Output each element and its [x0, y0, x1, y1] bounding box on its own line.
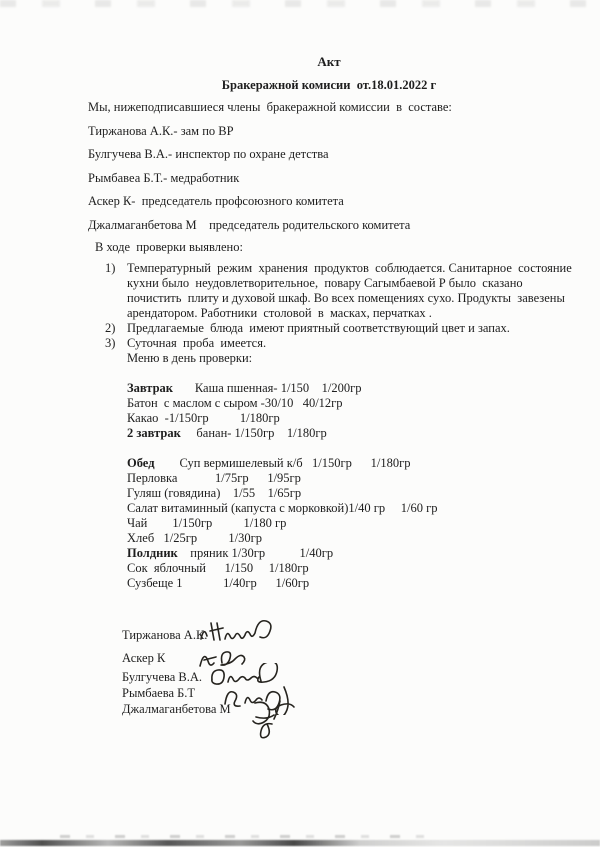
- finding-item-continuation: арендатором. Работники столовой в масках…: [105, 306, 572, 321]
- finding-item-continuation: кухни было неудовлетворительное, повару …: [105, 276, 572, 291]
- menu-line: Обед Суп вермишелевый к/б 1/150гр 1/180г…: [105, 456, 572, 471]
- member-line: Булгучева В.А.- инспектор по охране детс…: [88, 147, 410, 161]
- findings-and-menu: 1)Температурный режим хранения продуктов…: [105, 261, 572, 591]
- scan-noise-top: [0, 0, 600, 7]
- finding-text: Суточная проба имеется.: [127, 336, 266, 351]
- menu-text: Какао -1/150гр 1/180гр: [127, 411, 280, 426]
- menu-line: Сок яблочный 1/150 1/180гр: [105, 561, 572, 576]
- finding-text: арендатором. Работники столовой в масках…: [127, 306, 432, 321]
- menu-line: Батон с маслом с сыром -30/10 40/12гр: [105, 396, 572, 411]
- meal-name: Обед: [127, 456, 155, 471]
- scan-edge-artifact: [0, 840, 600, 846]
- menu-text: Каша пшенная- 1/150 1/200гр: [173, 381, 362, 396]
- signature-scribble-icon: [198, 615, 282, 647]
- finding-item: 2)Предлагаемые блюда имеют приятный соот…: [105, 321, 572, 336]
- signatory-name: Джалмаганбетова М: [122, 702, 231, 717]
- findings-header: В ходе проверки выявлено:: [95, 240, 243, 255]
- signature-scribble-icon: [246, 699, 298, 741]
- finding-text: почистить плиту и духовой шкаф. Во всех …: [127, 291, 565, 306]
- finding-item-continuation: почистить плиту и духовой шкаф. Во всех …: [105, 291, 572, 306]
- member-line: Рымбавеа Б.Т.- медработник: [88, 171, 410, 185]
- finding-text: кухни было неудовлетворительное, повару …: [127, 276, 523, 291]
- menu-text: Хлеб 1/25гр 1/30гр: [127, 531, 262, 546]
- menu-text: Чай 1/150гр 1/180 гр: [127, 516, 286, 531]
- menu-line: Сузбеще 1 1/40гр 1/60гр: [105, 576, 572, 591]
- member-line: Джалмаганбетова М председатель родительс…: [88, 218, 410, 232]
- menu-line: Салат витаминный (капуста с морковкой)1/…: [105, 501, 572, 516]
- menu-line: Хлеб 1/25гр 1/30гр: [105, 531, 572, 546]
- menu-text: Перловка 1/75гр 1/95гр: [127, 471, 301, 486]
- commission-members: Тиржанова А.К.- зам по ВР Булгучева В.А.…: [88, 124, 410, 241]
- finding-item: 3)Суточная проба имеется.: [105, 336, 572, 351]
- intro-line: Мы, нижеподписавшиеся члены бракеражной …: [88, 100, 452, 115]
- menu-text: Батон с маслом с сыром -30/10 40/12гр: [127, 396, 343, 411]
- menu-line: Какао -1/150гр 1/180гр: [105, 411, 572, 426]
- menu-line: Чай 1/150гр 1/180 гр: [105, 516, 572, 531]
- menu-text: Суп вермишелевый к/б 1/150гр 1/180гр: [155, 456, 411, 471]
- menu-line: Перловка 1/75гр 1/95гр: [105, 471, 572, 486]
- scan-noise-bottom: [60, 835, 440, 838]
- menu-text: банан- 1/150гр 1/180гр: [181, 426, 327, 441]
- menu-text: пряник 1/30гр 1/40гр: [178, 546, 333, 561]
- meal-name: 2 завтрак: [127, 426, 181, 441]
- member-line: Тиржанова А.К.- зам по ВР: [88, 124, 410, 138]
- meal-name: Завтрак: [127, 381, 173, 396]
- document-title: Акт: [88, 54, 570, 70]
- finding-item: 1)Температурный режим хранения продуктов…: [105, 261, 572, 276]
- menu-line: Гуляш (говядина) 1/55 1/65гр: [105, 486, 572, 501]
- menu-text: Салат витаминный (капуста с морковкой)1/…: [127, 501, 438, 516]
- menu-line: Полдник пряник 1/30гр 1/40гр: [105, 546, 572, 561]
- finding-text: Температурный режим хранения продуктов с…: [127, 261, 572, 276]
- menu-text: Сузбеще 1 1/40гр 1/60гр: [127, 576, 309, 591]
- finding-number: 2): [105, 321, 127, 336]
- finding-text: Предлагаемые блюда имеют приятный соотве…: [127, 321, 510, 336]
- menu-header: Меню в день проверки:: [105, 351, 572, 366]
- meal-name: Полдник: [127, 546, 178, 561]
- member-line: Аскер К- председатель профсоюзного комит…: [88, 194, 410, 208]
- menu-line: Завтрак Каша пшенная- 1/150 1/200гр: [105, 381, 572, 396]
- scanned-document-page: Акт Бракеражной комисии от.18.01.2022 г …: [0, 0, 600, 847]
- menu-text: Гуляш (говядина) 1/55 1/65гр: [127, 486, 301, 501]
- menu-line: 2 завтрак банан- 1/150гр 1/180гр: [105, 426, 572, 441]
- document-subtitle: Бракеражной комисии от.18.01.2022 г: [88, 78, 570, 93]
- finding-number: 3): [105, 336, 127, 351]
- menu-text: Сок яблочный 1/150 1/180гр: [127, 561, 309, 576]
- finding-number: 1): [105, 261, 127, 276]
